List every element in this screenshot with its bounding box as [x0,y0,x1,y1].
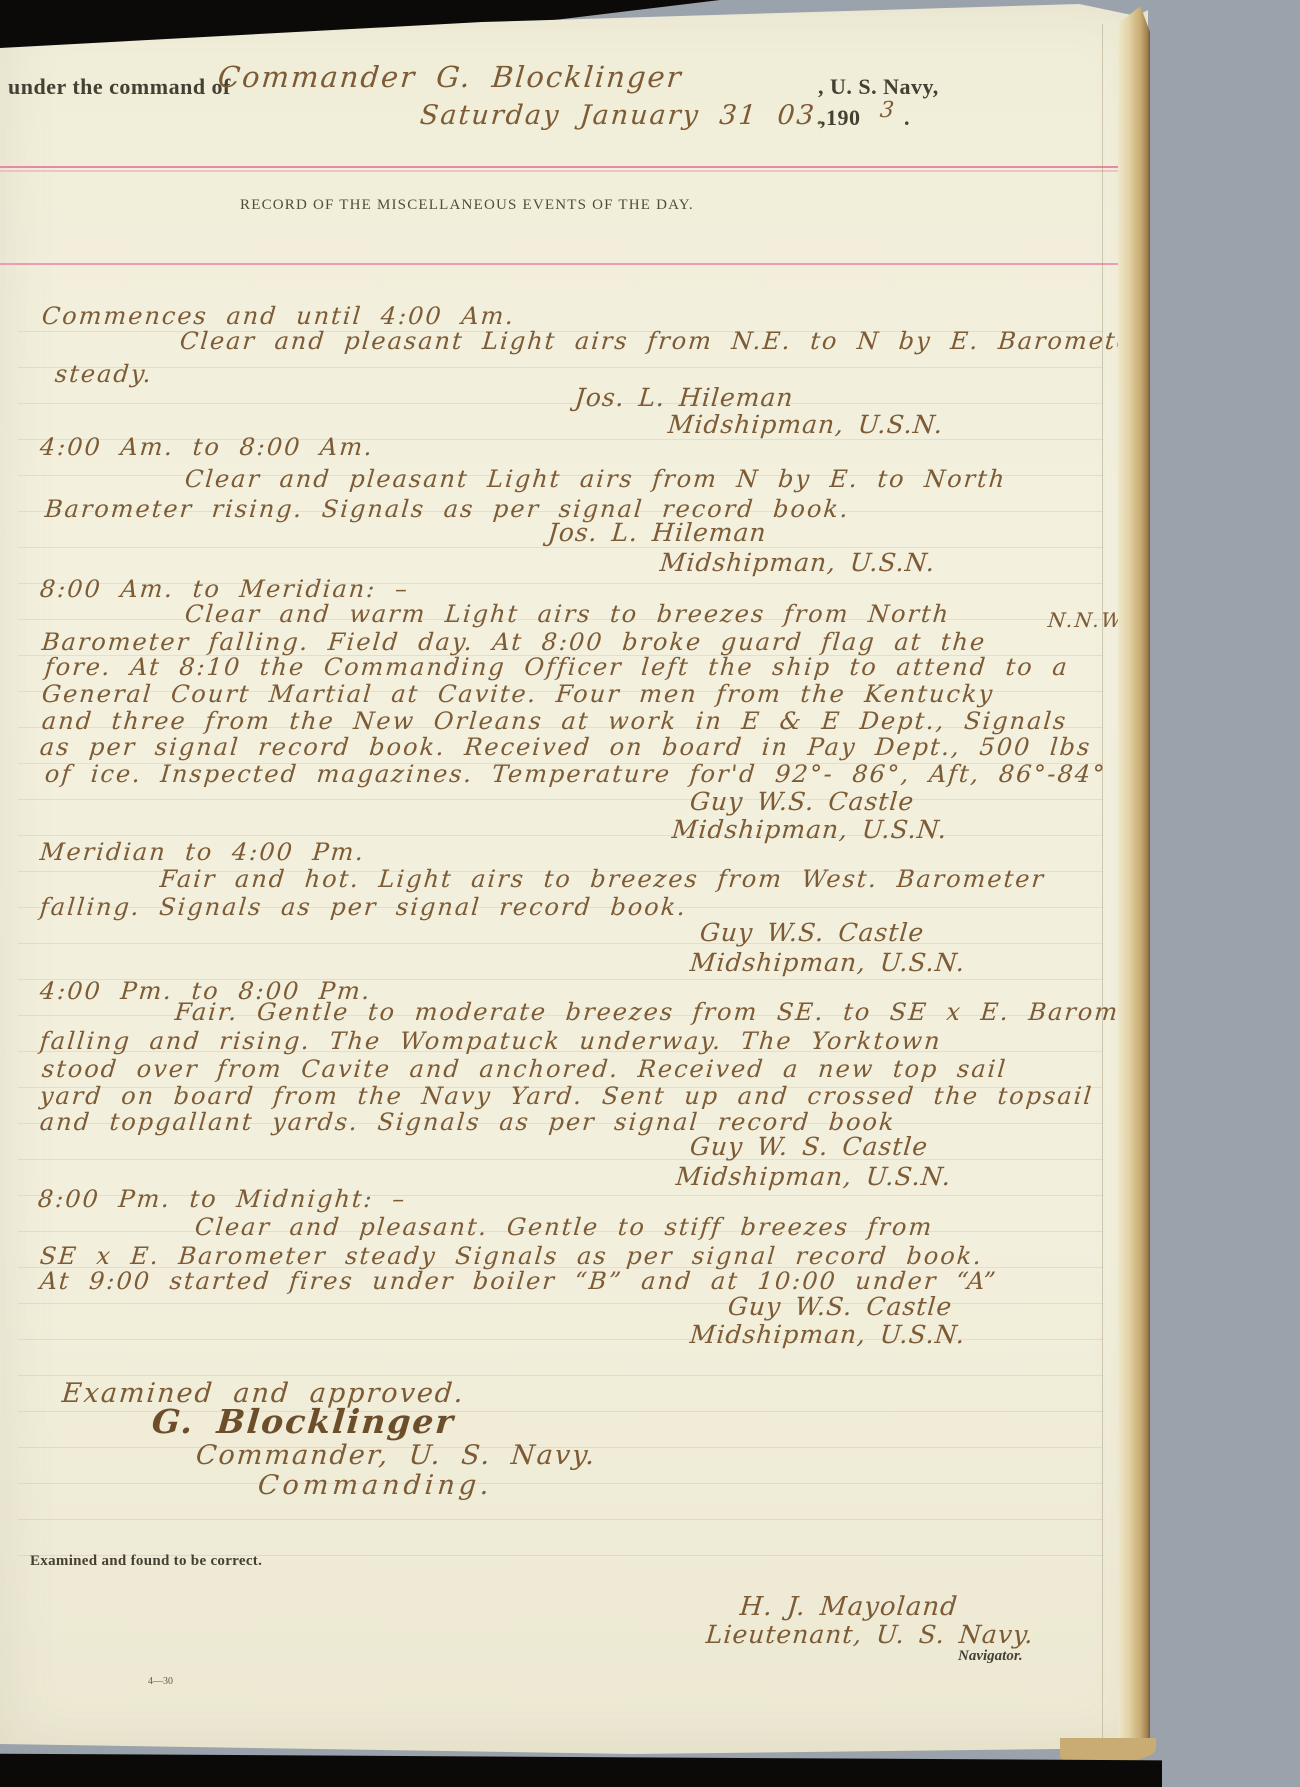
log-line: of ice. Inspected magazines. Temperature… [44,760,1108,788]
year-digit-handwritten: 3 [879,98,897,123]
navigator-signature: H. J. Mayoland [739,1592,959,1622]
signature-rank: Midshipman, U.S.N. [659,548,937,577]
log-line: Fair. Gentle to moderate breezes from SE… [174,998,1178,1026]
log-line: and three from the New Orleans at work i… [41,707,1069,735]
watch-heading: Meridian to 4:00 Pm. [39,838,367,866]
log-line: fore. At 8:10 the Commanding Officer lef… [44,653,1070,681]
signature: Guy W.S. Castle [699,918,926,947]
signature-rank: Midshipman, U.S.N. [689,1320,967,1349]
logbook-page: under the command of Commander G. Blockl… [0,0,1148,1756]
printed-year: ,190 [820,105,861,131]
log-line: Clear and pleasant. Gentle to stiff bree… [194,1213,935,1241]
signature-rank: Midshipman, U.S.N. [675,1162,953,1191]
printed-period: . [904,105,910,131]
form-number-mark: 4—30 [148,1676,173,1687]
signature: Guy W. S. Castle [689,1132,930,1161]
watch-heading: Commences and until 4:00 Am. [41,302,517,330]
navigator-rank: Lieutenant, U. S. Navy. [705,1620,1035,1649]
commander-name-handwritten: Commander G. Blocklinger [217,60,685,94]
log-line: Clear and pleasant Light airs from N.E. … [179,327,1148,355]
log-line: Fair and hot. Light airs to breezes from… [159,865,1046,893]
approval-rank: Commander, U. S. Navy. [195,1440,598,1471]
watch-heading: 8:00 Pm. to Midnight: – [37,1185,408,1213]
log-line: yard on board from the Navy Yard. Sent u… [39,1082,1095,1110]
log-line: SE x E. Barometer steady Signals as per … [39,1242,984,1270]
watch-heading: 8:00 Am. to Meridian: – [39,575,410,603]
page-title: RECORD OF THE MISCELLANEOUS EVENTS OF TH… [240,197,694,214]
printed-us-navy: , U. S. Navy, [818,74,939,100]
signature: Jos. L. Hileman [547,518,768,547]
log-line: as per signal record book. Received on b… [39,733,1093,761]
log-line: falling. Signals as per signal record bo… [39,893,688,921]
watch-heading: 4:00 Am. to 8:00 Am. [39,433,375,461]
signature-rank: Midshipman, U.S.N. [671,815,949,844]
backdrop-bottom-shadow [0,1750,1162,1787]
log-line: Clear and pleasant Light airs from N by … [184,465,1008,493]
date-handwritten: Saturday January 31 03. [419,100,828,131]
signature: Guy W.S. Castle [689,787,916,816]
log-line: falling and rising. The Wompatuck underw… [39,1027,943,1055]
log-line: Barometer falling. Field day. At 8:00 br… [41,628,988,656]
signature: Guy W.S. Castle [727,1292,954,1321]
printed-certification: Examined and found to be correct. [30,1553,262,1570]
printed-command-prefix: under the command of [8,74,231,100]
margin-wind-note: N.N.W. [1047,608,1130,632]
pink-rule-bottom [0,263,1148,265]
log-line: stood over from Cavite and anchored. Rec… [41,1055,1009,1083]
approval-commanding: Commanding. [257,1470,494,1501]
signature-rank: Midshipman, U.S.N. [689,948,967,977]
pink-rule-top [0,166,1148,168]
page-stack-edge [1118,6,1150,1758]
page-crease [1102,24,1103,1752]
signature: Jos. L. Hileman [574,383,795,412]
commanding-officer-signature: G. Blocklinger [150,1402,456,1441]
printed-navigator-label: Navigator. [958,1648,1023,1665]
photo-backdrop: { "colors": { "backdrop_gray": "#9aa2ab"… [0,0,1300,1787]
log-line: steady. [54,360,154,388]
log-line: At 9:00 started fires under boiler “B” a… [39,1267,999,1295]
log-line: Clear and warm Light airs to breezes fro… [184,600,952,628]
log-line: General Court Martial at Cavite. Four me… [41,680,996,708]
signature-rank: Midshipman, U.S.N. [667,410,945,439]
